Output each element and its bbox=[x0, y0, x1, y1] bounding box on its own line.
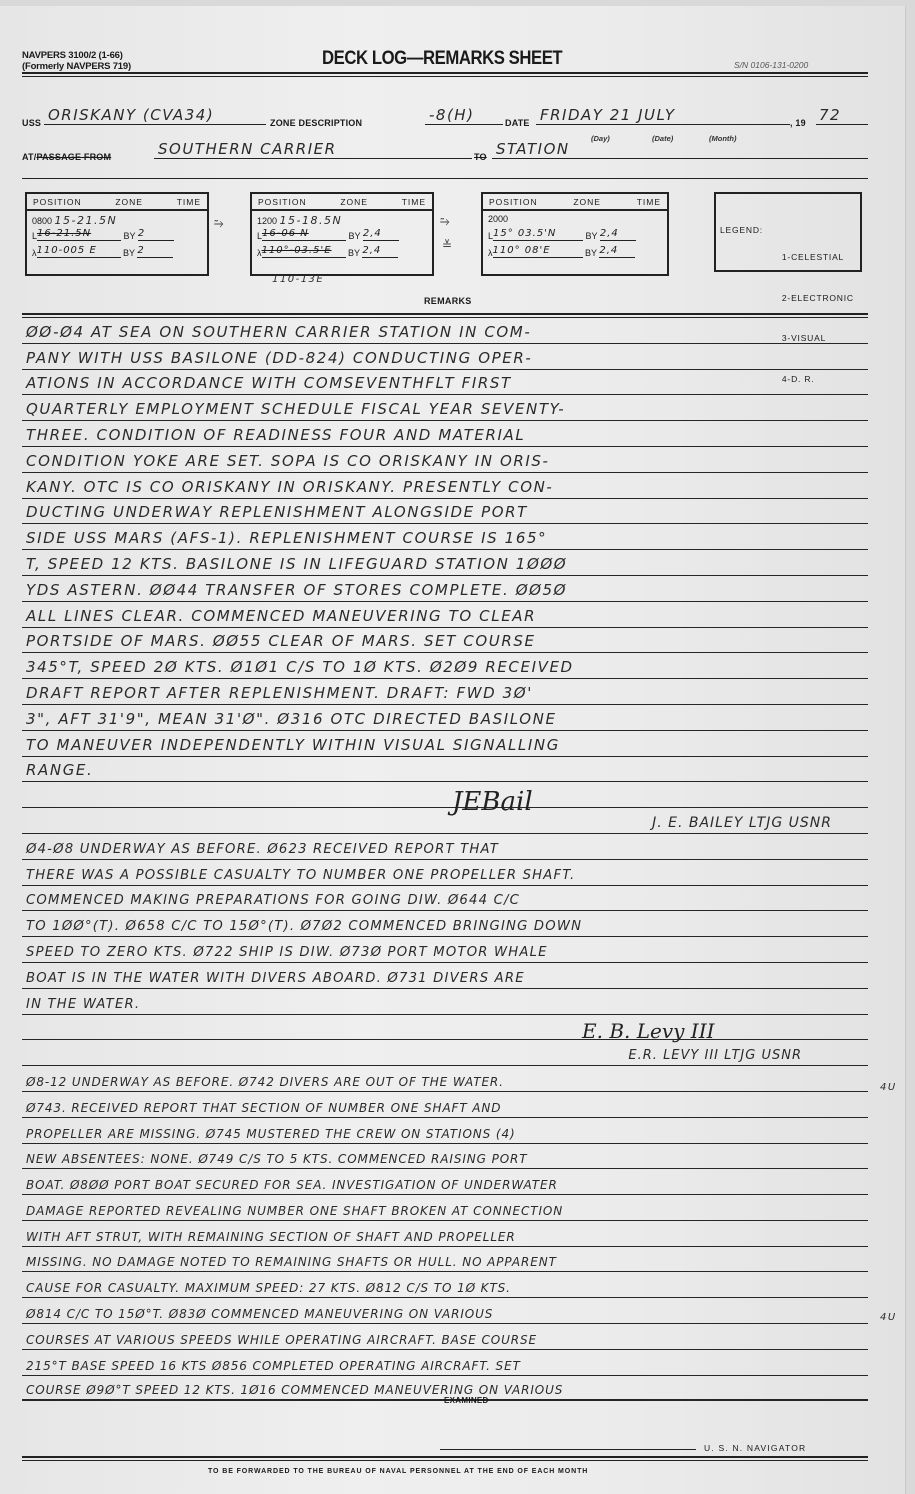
remark-line: Ø814 C/C TO 15Ø°T. Ø83Ø COMMENCED MANEUV… bbox=[22, 1298, 868, 1324]
longitude-by[interactable]: 2,4 bbox=[599, 245, 635, 258]
position-note: 15-21.5N bbox=[55, 214, 118, 227]
position-box-header: POSITION ZONE TIME bbox=[483, 194, 667, 211]
remark-text: COURSES AT VARIOUS SPEEDS WHILE OPERATIN… bbox=[26, 1333, 537, 1347]
by-label: BY bbox=[124, 231, 136, 241]
by-label: BY bbox=[348, 248, 360, 258]
remark-line: THREE. CONDITION OF READINESS FOUR AND M… bbox=[22, 421, 868, 447]
signer-name-levy: E.R. LEVY III LTJG USNR bbox=[628, 1048, 802, 1063]
remark-text: CONDITION YOKE ARE SET. SOPA IS CO ORISK… bbox=[26, 452, 550, 470]
remark-line: 345°T, SPEED 2Ø KTS. Ø1Ø1 C/S TO 1Ø KTS.… bbox=[22, 653, 868, 679]
position-box-header: POSITION ZONE TIME bbox=[27, 194, 207, 211]
remark-text: Ø8-12 UNDERWAY AS BEFORE. Ø742 DIVERS AR… bbox=[26, 1075, 504, 1089]
remark-text: ØØ-Ø4 AT SEA ON SOUTHERN CARRIER STATION… bbox=[26, 323, 531, 341]
latitude-value[interactable]: 16-21.5N bbox=[37, 228, 121, 241]
remark-text: QUARTERLY EMPLOYMENT SCHEDULE FISCAL YEA… bbox=[26, 400, 565, 418]
date-label: DATE bbox=[505, 118, 530, 128]
ship-field[interactable]: ORISKANY (CVA34) bbox=[44, 108, 266, 125]
time-value: 2000 bbox=[488, 214, 508, 224]
remark-text: SIDE USS MARS (AFS-1). REPLENISHMENT COU… bbox=[26, 529, 547, 547]
remark-line: 3", AFT 31'9", MEAN 31'Ø". Ø316 OTC DIRE… bbox=[22, 705, 868, 731]
remark-line: BOAT IS IN THE WATER WITH DIVERS ABOARD.… bbox=[22, 963, 868, 989]
remark-line: T, SPEED 12 KTS. BASILONE IS IN LIFEGUAR… bbox=[22, 550, 868, 576]
year-field[interactable]: 72 bbox=[816, 108, 868, 125]
remark-line: WITH AFT STRUT, WITH REMAINING SECTION O… bbox=[22, 1221, 868, 1247]
remark-line: ALL LINES CLEAR. COMMENCED MANEUVERING T… bbox=[22, 602, 868, 628]
to-label: TO bbox=[474, 152, 487, 162]
remark-line: ØØ-Ø4 AT SEA ON SOUTHERN CARRIER STATION… bbox=[22, 318, 868, 344]
remark-line: Ø8-12 UNDERWAY AS BEFORE. Ø742 DIVERS AR… bbox=[22, 1066, 868, 1092]
approx-mark: ≚ bbox=[442, 238, 452, 252]
signature-name-line: J. E. BAILEY LTJG USNR bbox=[22, 808, 868, 834]
remark-text: DRAFT REPORT AFTER REPLENISHMENT. DRAFT:… bbox=[26, 684, 533, 702]
remark-line: TO MANEUVER INDEPENDENTLY WITHIN VISUAL … bbox=[22, 731, 868, 757]
remark-line: PROPELLER ARE MISSING. Ø745 MUSTERED THE… bbox=[22, 1118, 868, 1144]
remark-line: SPEED TO ZERO KTS. Ø722 SHIP IS DIW. Ø73… bbox=[22, 937, 868, 963]
date-value: FRIDAY 21 JULY bbox=[540, 106, 676, 124]
col-position: POSITION bbox=[258, 197, 307, 209]
remark-line: DRAFT REPORT AFTER REPLENISHMENT. DRAFT:… bbox=[22, 679, 868, 705]
time-row: 2000 bbox=[483, 211, 667, 228]
by-label: BY bbox=[349, 231, 361, 241]
form-number: NAVPERS 3100/2 (1-66) bbox=[22, 50, 131, 61]
legend-item-electronic: 2-ELECTRONIC bbox=[782, 292, 854, 306]
remark-text: SPEED TO ZERO KTS. Ø722 SHIP IS DIW. Ø73… bbox=[26, 945, 548, 960]
remark-text: COMMENCED MAKING PREPARATIONS FOR GOING … bbox=[26, 893, 520, 908]
col-zone: ZONE bbox=[340, 197, 368, 209]
remark-text: 3", AFT 31'9", MEAN 31'Ø". Ø316 OTC DIRE… bbox=[26, 710, 557, 728]
remark-text: PORTSIDE OF MARS. ØØ55 CLEAR OF MARS. SE… bbox=[26, 632, 536, 650]
remark-text: THREE. CONDITION OF READINESS FOUR AND M… bbox=[26, 426, 525, 444]
remark-text: TO MANEUVER INDEPENDENTLY WITHIN VISUAL … bbox=[26, 736, 560, 754]
by-label: BY bbox=[123, 248, 135, 258]
year-value: 72 bbox=[819, 106, 841, 124]
remark-text: RANGE. bbox=[26, 761, 93, 779]
longitude-row: λ110° 08'E BY 2,4 bbox=[483, 245, 667, 262]
remark-line: KANY. OTC IS CO ORISKANY IN ORISKANY. PR… bbox=[22, 473, 868, 499]
signature-line: E. B. Levy III bbox=[22, 1015, 868, 1041]
deck-log-sheet: NAVPERS 3100/2 (1-66) (Formerly NAVPERS … bbox=[0, 6, 906, 1494]
margin-note: 4U bbox=[880, 1082, 897, 1093]
position-box-1200: POSITION ZONE TIME 1200 15-18.5N L16-06 … bbox=[250, 192, 434, 276]
remark-line: BOAT. Ø8ØØ PORT BOAT SECURED FOR SEA. IN… bbox=[22, 1169, 868, 1195]
examined-label: EXAMINED bbox=[444, 1396, 489, 1405]
remark-text: ATIONS IN ACCORDANCE WITH COMSEVENTHFLT … bbox=[26, 374, 512, 392]
signature-line: JEBail bbox=[22, 782, 868, 808]
col-position: POSITION bbox=[33, 197, 82, 209]
at-label: AT/ bbox=[22, 152, 36, 162]
remark-text: 345°T, SPEED 2Ø KTS. Ø1Ø1 C/S TO 1Ø KTS.… bbox=[26, 658, 574, 676]
passage-from-label: PASSAGE FROM bbox=[36, 152, 111, 162]
remarks-lines: ØØ-Ø4 AT SEA ON SOUTHERN CARRIER STATION… bbox=[22, 318, 868, 1401]
arrow-mark: ⥲ bbox=[440, 214, 450, 229]
longitude-value[interactable]: 110-005 E bbox=[37, 245, 121, 258]
remark-line: Ø743. RECEIVED REPORT THAT SECTION OF NU… bbox=[22, 1092, 868, 1118]
col-time: TIME bbox=[637, 197, 661, 209]
remark-text: IN THE WATER. bbox=[26, 997, 140, 1012]
remark-line: MISSING. NO DAMAGE NOTED TO REMAINING SH… bbox=[22, 1247, 868, 1273]
position-box-2000: POSITION ZONE TIME 2000 L15° 03.5'N BY 2… bbox=[481, 192, 669, 276]
remark-text: TO 1ØØ°(T). Ø658 C/C TO 15Ø°(T). Ø7Ø2 CO… bbox=[26, 919, 582, 934]
latitude-row: L15° 03.5'N BY 2,4 bbox=[483, 228, 667, 245]
header-rule bbox=[22, 72, 868, 77]
navigator-label: U. S. N. NAVIGATOR bbox=[704, 1443, 806, 1453]
remark-line: THERE WAS A POSSIBLE CASUALTY TO NUMBER … bbox=[22, 860, 868, 886]
remark-line: COMMENCED MAKING PREPARATIONS FOR GOING … bbox=[22, 886, 868, 912]
remark-text: BOAT. Ø8ØØ PORT BOAT SECURED FOR SEA. IN… bbox=[26, 1178, 558, 1192]
position-box-header: POSITION ZONE TIME bbox=[252, 194, 432, 211]
ship-value: ORISKANY (CVA34) bbox=[48, 106, 214, 124]
remark-text: DUCTING UNDERWAY REPLENISHMENT ALONGSIDE… bbox=[26, 503, 528, 521]
zone-description-label: ZONE DESCRIPTION bbox=[270, 118, 362, 128]
remark-text: 215°T BASE SPEED 16 KTS Ø856 COMPLETED O… bbox=[26, 1359, 521, 1373]
latitude-by[interactable]: 2 bbox=[138, 228, 174, 241]
position-legend: LEGEND: 1-CELESTIAL 2-ELECTRONIC 3-VISUA… bbox=[714, 192, 862, 272]
latitude-value[interactable]: 16-06 N bbox=[262, 228, 346, 241]
page-title: DECK LOG—REMARKS SHEET bbox=[322, 48, 562, 70]
remark-line: IN THE WATER. bbox=[22, 989, 868, 1015]
remark-line: SIDE USS MARS (AFS-1). REPLENISHMENT COU… bbox=[22, 524, 868, 550]
year-prefix: , 19 bbox=[790, 118, 806, 128]
longitude-value[interactable]: 110°-03.5'E bbox=[262, 245, 346, 258]
remark-line: NEW ABSENTEES: NONE. Ø749 C/S TO 5 KTS. … bbox=[22, 1144, 868, 1170]
remark-line: PANY WITH USS BASILONE (DD-824) CONDUCTI… bbox=[22, 344, 868, 370]
header-underline bbox=[22, 178, 868, 179]
col-time: TIME bbox=[177, 197, 201, 209]
date-field[interactable]: FRIDAY 21 JULY bbox=[536, 108, 790, 125]
to-value: STATION bbox=[496, 140, 570, 158]
remark-text: WITH AFT STRUT, WITH REMAINING SECTION O… bbox=[26, 1230, 516, 1244]
position-box-0800: POSITION ZONE TIME 0800 15-21.5N L16-21.… bbox=[25, 192, 209, 276]
signature-name-line: E.R. LEVY III LTJG USNR bbox=[22, 1040, 868, 1066]
time-row: 0800 15-21.5N bbox=[27, 211, 207, 228]
form-id: NAVPERS 3100/2 (1-66) (Formerly NAVPERS … bbox=[22, 50, 131, 72]
position-note: 15-18.5N bbox=[280, 214, 343, 227]
navigator-signature-line[interactable] bbox=[440, 1449, 696, 1450]
to-field[interactable]: STATION bbox=[492, 142, 868, 159]
remark-line: RANGE. bbox=[22, 757, 868, 783]
corrected-longitude: 110-13E bbox=[272, 274, 324, 285]
remark-text: Ø743. RECEIVED REPORT THAT SECTION OF NU… bbox=[26, 1101, 501, 1115]
remark-text: CAUSE FOR CASUALTY. MAXIMUM SPEED: 27 KT… bbox=[26, 1281, 511, 1295]
zone-field[interactable]: -8(H) bbox=[425, 108, 503, 125]
remark-text: PANY WITH USS BASILONE (DD-824) CONDUCTI… bbox=[26, 349, 532, 367]
remark-text: THERE WAS A POSSIBLE CASUALTY TO NUMBER … bbox=[26, 868, 575, 883]
footer-rule bbox=[22, 1456, 868, 1461]
longitude-by[interactable]: 2 bbox=[137, 245, 173, 258]
remark-line: QUARTERLY EMPLOYMENT SCHEDULE FISCAL YEA… bbox=[22, 395, 868, 421]
latitude-value[interactable]: 15° 03.5'N bbox=[493, 228, 583, 241]
remark-text: DAMAGE REPORTED REVEALING NUMBER ONE SHA… bbox=[26, 1204, 563, 1218]
remark-text: Ø4-Ø8 UNDERWAY AS BEFORE. Ø623 RECEIVED … bbox=[26, 842, 499, 857]
latitude-by[interactable]: 2,4 bbox=[600, 228, 636, 241]
legend-item-celestial: 1-CELESTIAL bbox=[782, 251, 854, 265]
remark-line: PORTSIDE OF MARS. ØØ55 CLEAR OF MARS. SE… bbox=[22, 628, 868, 654]
at-passage-label: AT/PASSAGE FROM bbox=[22, 152, 111, 162]
remark-text: BOAT IS IN THE WATER WITH DIVERS ABOARD.… bbox=[26, 971, 525, 986]
col-time: TIME bbox=[402, 197, 426, 209]
longitude-value[interactable]: 110° 08'E bbox=[493, 245, 583, 258]
remark-line: Ø4-Ø8 UNDERWAY AS BEFORE. Ø623 RECEIVED … bbox=[22, 834, 868, 860]
remark-text: NEW ABSENTEES: NONE. Ø749 C/S TO 5 KTS. … bbox=[26, 1152, 528, 1166]
latitude-row: L16-21.5N BY 2 bbox=[27, 228, 207, 245]
remarks-heading: REMARKS bbox=[424, 296, 472, 306]
remark-text: T, SPEED 12 KTS. BASILONE IS IN LIFEGUAR… bbox=[26, 555, 567, 573]
forwarding-instruction: TO BE FORWARDED TO THE BUREAU OF NAVAL P… bbox=[208, 1468, 588, 1475]
remark-text: KANY. OTC IS CO ORISKANY IN ORISKANY. PR… bbox=[26, 478, 553, 496]
col-zone: ZONE bbox=[115, 197, 143, 209]
longitude-row: λ110-005 E BY 2 bbox=[27, 245, 207, 262]
margin-note: 4U bbox=[880, 1312, 897, 1323]
remark-text: PROPELLER ARE MISSING. Ø745 MUSTERED THE… bbox=[26, 1127, 516, 1141]
col-zone: ZONE bbox=[573, 197, 601, 209]
time-value: 1200 bbox=[257, 216, 277, 226]
time-row: 1200 15-18.5N bbox=[252, 211, 432, 228]
signer-name-bailey: J. E. BAILEY LTJG USNR bbox=[652, 815, 832, 831]
remark-line: CONDITION YOKE ARE SET. SOPA IS CO ORISK… bbox=[22, 447, 868, 473]
remark-line: CAUSE FOR CASUALTY. MAXIMUM SPEED: 27 KT… bbox=[22, 1272, 868, 1298]
latitude-by[interactable]: 2,4 bbox=[363, 228, 399, 241]
from-value: SOUTHERN CARRIER bbox=[158, 140, 337, 158]
remark-text: Ø814 C/C TO 15Ø°T. Ø83Ø COMMENCED MANEUV… bbox=[26, 1307, 493, 1321]
form-former-number: (Formerly NAVPERS 719) bbox=[22, 61, 131, 72]
latitude-row: L16-06 N BY 2,4 bbox=[252, 228, 432, 245]
remark-line: YDS ASTERN. ØØ44 TRANSFER OF STORES COMP… bbox=[22, 576, 868, 602]
col-position: POSITION bbox=[489, 197, 538, 209]
by-label: BY bbox=[585, 248, 597, 258]
remark-line: TO 1ØØ°(T). Ø658 C/C TO 15Ø°(T). Ø7Ø2 CO… bbox=[22, 911, 868, 937]
arrow-mark: ⥲ bbox=[214, 216, 224, 231]
time-value: 0800 bbox=[32, 216, 52, 226]
remark-text: ALL LINES CLEAR. COMMENCED MANEUVERING T… bbox=[26, 607, 536, 625]
remark-line: COURSES AT VARIOUS SPEEDS WHILE OPERATIN… bbox=[22, 1324, 868, 1350]
zone-value: -8(H) bbox=[429, 106, 474, 124]
remark-line: DAMAGE REPORTED REVEALING NUMBER ONE SHA… bbox=[22, 1195, 868, 1221]
remark-line: ATIONS IN ACCORDANCE WITH COMSEVENTHFLT … bbox=[22, 370, 868, 396]
uss-label: USS bbox=[22, 118, 41, 128]
longitude-by[interactable]: 2,4 bbox=[362, 245, 398, 258]
stock-number: S/N 0106-131-0200 bbox=[734, 60, 808, 70]
remark-text: MISSING. NO DAMAGE NOTED TO REMAINING SH… bbox=[26, 1255, 557, 1269]
remark-line: 215°T BASE SPEED 16 KTS Ø856 COMPLETED O… bbox=[22, 1350, 868, 1376]
longitude-row: λ110°-03.5'E BY 2,4 bbox=[252, 245, 432, 262]
remark-text: YDS ASTERN. ØØ44 TRANSFER OF STORES COMP… bbox=[26, 581, 567, 599]
by-label: BY bbox=[586, 231, 598, 241]
from-field[interactable]: SOUTHERN CARRIER bbox=[154, 142, 472, 159]
remark-line: DUCTING UNDERWAY REPLENISHMENT ALONGSIDE… bbox=[22, 499, 868, 525]
